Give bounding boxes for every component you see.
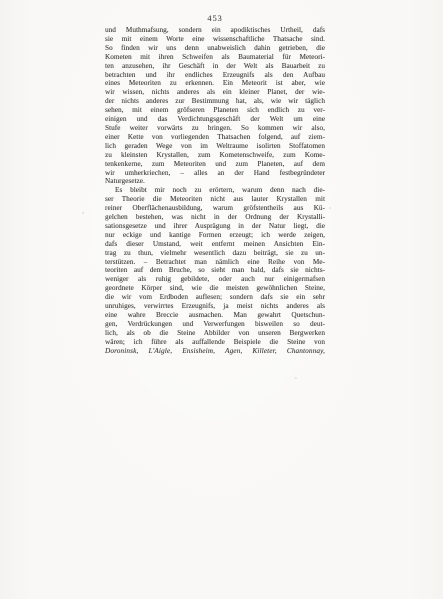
text-line: Es bleibt mir noch zu erörtern, warum de…: [105, 186, 325, 195]
text-line: gelchen bestehen, was nicht in der Ordnu…: [105, 213, 325, 222]
text-line: reiner Oberflächenausbildung, warum gröf…: [105, 204, 325, 213]
text-line: eine wahre Breccie ausmachen. Man gewahr…: [105, 311, 325, 320]
text-line: tenkenkerne, zum Meteoriten und zum Plan…: [105, 160, 325, 169]
text-line: Kometen mit ihren Schweifen als Baumater…: [105, 53, 325, 62]
text-line: gen, Verdrückungen und Verwerfungen bisw…: [105, 320, 325, 329]
text-block: und Muthmafsung, sondern ein apodiktisch…: [105, 26, 325, 356]
scan-speck: [294, 377, 297, 379]
text-line: wir wissen, nichts anderes als ein klein…: [105, 88, 325, 97]
text-line: und Muthmafsung, sondern ein apodiktisch…: [105, 26, 325, 35]
meteorite-names-line: Doroninsk, L'Aigle, Ensisheim, Agen, Kil…: [105, 347, 325, 356]
text-line: dafs dieser Umstand, weit entfernt meine…: [105, 240, 325, 249]
text-line: ser Theorie die Meteoriten nicht aus lau…: [105, 195, 325, 204]
text-line: der nichts anderes zur Bestimmung hat, a…: [105, 97, 325, 106]
page-number: 453: [105, 13, 325, 23]
text-line: lich, als ob die Steine Abbilder von uns…: [105, 329, 325, 338]
text-line: sie mit einem Worte eine wissenschaftlic…: [105, 35, 325, 44]
text-line: geordnete Körper sind, wie die meisten g…: [105, 284, 325, 293]
text-line: die wir vom Erdboden auflesen; sondern d…: [105, 293, 325, 302]
text-line: lich geraden Wege von im Weltraume isoli…: [105, 142, 325, 151]
text-line: trag zu thun, vielmehr wesentlich dazu b…: [105, 249, 325, 258]
text-line: sationsgesetze und ihrer Ausprägung in d…: [105, 222, 325, 231]
text-line: zu kleinsten Krystallen, zum Kometenschw…: [105, 151, 325, 160]
text-line: einer Kette von vorliegenden Thatsachen …: [105, 133, 325, 142]
text-line: Stufe weiter vorwärts zu bringen. So kom…: [105, 124, 325, 133]
text-line: unruhiges, verwirrtes Erzeugnifs, ja mei…: [105, 302, 325, 311]
text-line: sehen, mit einem gröfseren Planeten sich…: [105, 106, 325, 115]
paragraph-1: und Muthmafsung, sondern ein apodiktisch…: [105, 26, 325, 186]
text-line: einigen und das Verdichtungsgeschäft der…: [105, 115, 325, 124]
book-page: 453 und Muthmafsung, sondern ein apodikt…: [0, 0, 443, 599]
text-line: So finden wir uns denn unabweislich dahi…: [105, 44, 325, 53]
scan-speck: [329, 207, 331, 209]
text-line: eines Meteoriten zu erkennen. Ein Meteor…: [105, 79, 325, 88]
scan-speck: [82, 212, 84, 214]
text-line: nur eckige und kantige Formen erzeugt; i…: [105, 231, 325, 240]
text-line: weniger als ruhig gebildete, oder auch n…: [105, 275, 325, 284]
paragraph-2: Es bleibt mir noch zu erörtern, warum de…: [105, 186, 325, 355]
text-line: Naturgesetze.: [105, 177, 325, 186]
text-line: wären; ich führe als auffallende Beispie…: [105, 338, 325, 347]
text-line: ten anzusehen, ihr Geschäft in der Welt …: [105, 62, 325, 71]
